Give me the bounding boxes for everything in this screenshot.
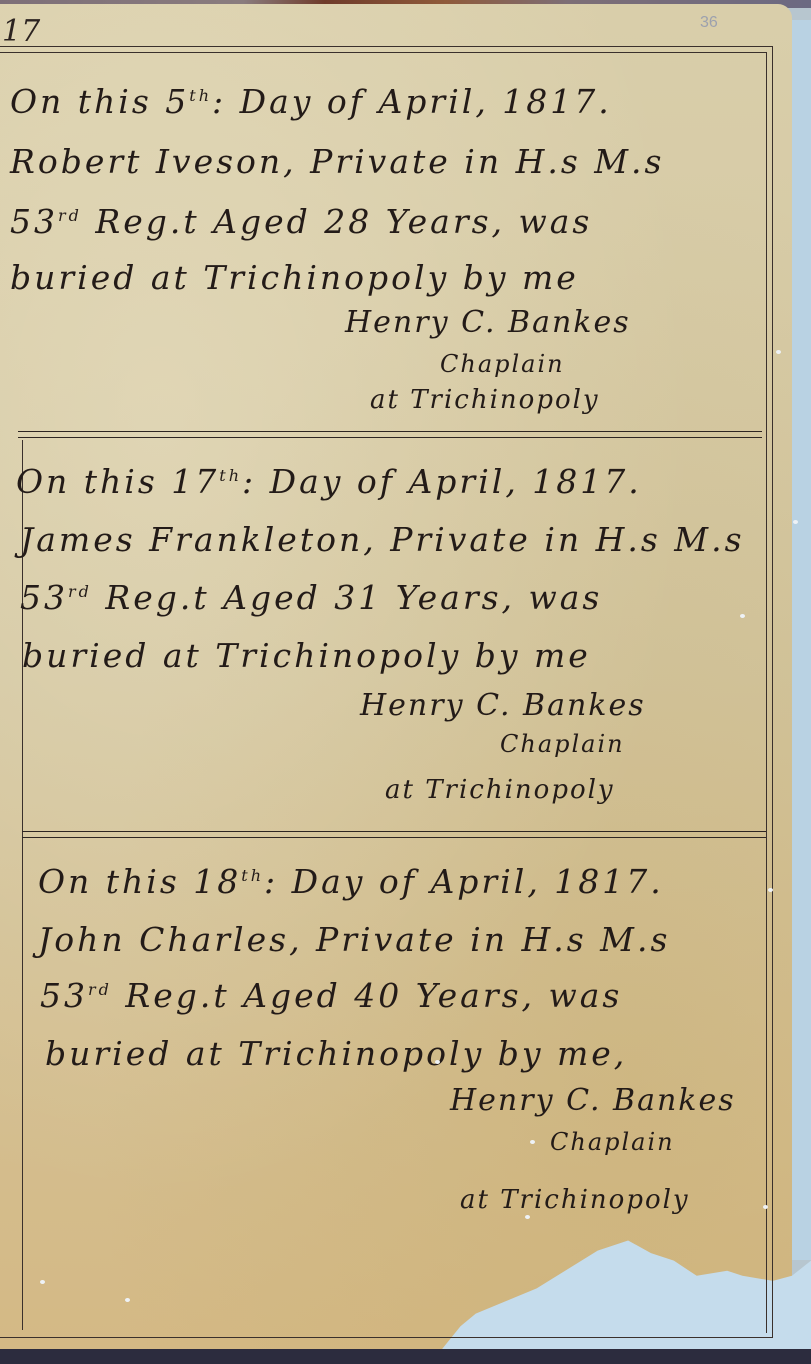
- chaplain-title: Chaplain: [550, 1128, 675, 1156]
- chaplain-signature: Henry C. Bankes: [345, 305, 631, 340]
- burial-entry-3: On this 18th: Day of April, 1817. John C…: [0, 840, 770, 1240]
- chaplain-location: at Trichinopoly: [460, 1185, 690, 1215]
- paper-hole: [793, 520, 798, 524]
- paper-hole: [776, 350, 781, 354]
- entry-regiment-line: 53rd Reg.t Aged 40 Years, was: [40, 976, 622, 1015]
- paper-hole: [525, 1215, 530, 1219]
- burial-entry-2: On this 17th: Day of April, 1817. James …: [0, 440, 770, 830]
- entry-name-line: Robert Iveson, Private in H.s M.s: [10, 142, 664, 181]
- pencil-page-number: 36: [700, 14, 718, 32]
- chaplain-location: at Trichinopoly: [370, 385, 600, 415]
- paper-hole: [125, 1298, 130, 1302]
- paper-hole: [435, 1060, 440, 1064]
- entry-burial-line: buried at Trichinopoly by me: [22, 636, 591, 675]
- entry-date-line: On this 18th: Day of April, 1817.: [38, 862, 664, 901]
- entry-name-line: John Charles, Private in H.s M.s: [38, 920, 670, 959]
- burial-entry-1: On this 5th: Day of April, 1817. Robert …: [0, 60, 770, 430]
- paper-hole: [40, 1280, 45, 1284]
- entry-burial-line: buried at Trichinopoly by me: [10, 258, 579, 297]
- paper-hole: [763, 1205, 768, 1209]
- entry-date-line: On this 5th: Day of April, 1817.: [10, 82, 612, 121]
- entry-divider: [22, 831, 766, 838]
- chaplain-title: Chaplain: [440, 350, 565, 378]
- entry-divider: [18, 431, 762, 438]
- folio-number: 17: [2, 14, 40, 49]
- paper-hole: [740, 614, 745, 618]
- paper-hole: [768, 888, 773, 892]
- book-bottom-edge: [0, 1349, 811, 1364]
- entry-burial-line: buried at Trichinopoly by me,: [45, 1034, 627, 1073]
- entry-regiment-line: 53rd Reg.t Aged 28 Years, was: [10, 202, 592, 241]
- chaplain-signature: Henry C. Bankes: [450, 1083, 736, 1118]
- paper-hole: [530, 1140, 535, 1144]
- entry-name-line: James Frankleton, Private in H.s M.s: [20, 520, 745, 559]
- entry-regiment-line: 53rd Reg.t Aged 31 Years, was: [20, 578, 602, 617]
- chaplain-location: at Trichinopoly: [385, 775, 615, 805]
- entry-date-line: On this 17th: Day of April, 1817.: [16, 462, 642, 501]
- chaplain-signature: Henry C. Bankes: [360, 688, 646, 723]
- chaplain-title: Chaplain: [500, 730, 625, 758]
